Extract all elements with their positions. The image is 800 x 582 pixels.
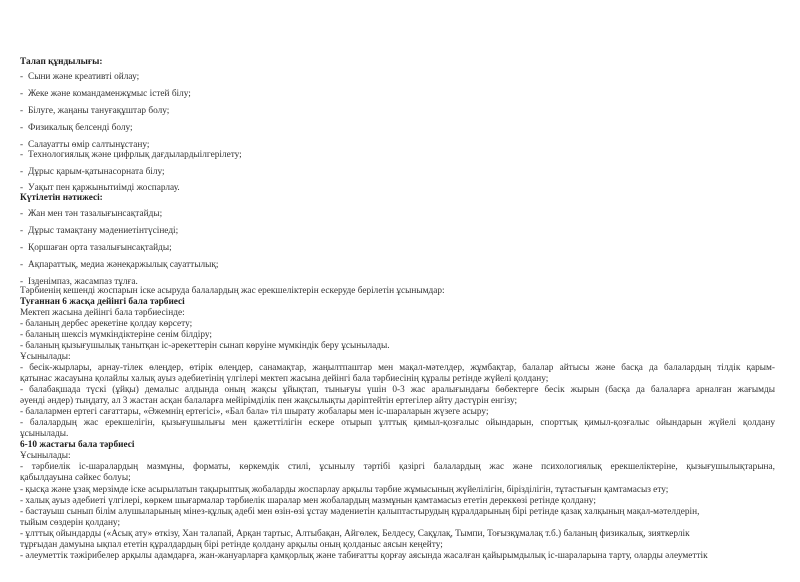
section-title-values: Талап құндылығы: [20,57,103,68]
result-text: Жан мен тән тазалығынсақтайды; [28,209,162,219]
value-item: -Сыни және креативті ойлау; [20,72,139,83]
value-item: -Жеке және командаменжұмыс істей білу; [20,89,191,100]
value-item: -Физикалық белсенді болу; [20,123,133,134]
result-text: Дұрыс тамақтану мәдениетінтүсінеді; [28,226,178,236]
paragraph-line: қабылдауына сәйкес болуы; [20,473,131,484]
section-title-6-10: 6-10 жастағы бала тәрбиесі [20,440,134,451]
value-text: Жеке және командаменжұмыс істей білу; [28,89,191,99]
paragraph-line: - балалармен ертегі сағаттары, «Әжемнің … [20,407,489,418]
paragraph-line: - бастауыш сынып білім алушыларының міне… [20,507,699,518]
result-item: -Дұрыс тамақтану мәдениетінтүсінеді; [20,226,178,237]
result-item: -Қоршаған орта тазалығынсақтайды; [20,243,172,254]
result-text: Ақпараттық, медиа жәнеқаржылық сауаттылы… [28,260,218,270]
paragraph-line: тыйым сөздерін қолдану; [20,518,120,529]
value-text: Сыни және креативті ойлау; [28,72,139,82]
recommend-label: Ұсынылады: [20,451,71,462]
value-item: -Технологиялық және цифрлық дағдылардыіл… [20,150,242,161]
value-text: Уақыт пен қаржынытиімді жоспарлау. [28,183,180,193]
result-item: -Жан мен тән тазалығынсақтайды; [20,209,162,220]
result-text: Қоршаған орта тазалығынсақтайды; [28,243,172,253]
paragraph-line: - халық ауыз әдебиеті үлгілері, көркем ш… [20,496,596,507]
value-item: -Білуге, жаңаны тануғақұштар болу; [20,106,169,117]
paragraph-line: - әлеуметтік тәжірибелер арқылы адамдарғ… [20,551,708,562]
paragraph-line: ұсынылады. [20,429,68,440]
section-subtitle: Мектеп жасына дейінгі бала тәрбиесінде: [20,308,185,319]
value-text: Технологиялық және цифрлық дағдылардыілг… [28,150,242,160]
paragraph-line: қатынас жасауына қолайлы халық ауыз әдеб… [20,374,548,385]
value-text: Физикалық белсенді болу; [28,123,133,133]
paragraph-line: тұрғыдан дамуына ықпал ететін құралдарды… [20,540,443,551]
scanned-document-page: Талап құндылығы: -Сыни және креативті ой… [0,0,800,582]
paragraph-line: - ұлттық ойындарды («Асық ату» өткізу, Х… [20,529,690,540]
value-item: -Дұрыс қарым-қатынасорната білу; [20,167,165,178]
paragraph-line: - бесік-жырлары, арнау-тілек өлеңдер, өт… [20,363,775,374]
section-title-results: Күтілетін нәтижесі: [20,193,103,204]
section-title-0-6: Туғаннан 6 жасқа дейінгі бала тәрбиесі [20,297,185,308]
value-text: Білуге, жаңаны тануғақұштар болу; [28,106,169,116]
list-item: - баланың шексіз мүмкіндіктеріне сенім б… [20,330,212,341]
paragraph-line: - қысқа және ұзақ мерзімде іске асырылат… [20,485,668,496]
paragraph-line: - балабақшада түскі (ұйқы) демалыс алдын… [20,385,775,396]
paragraph-line: әуенді әндер) тыңдату, ал 3 жастан асқан… [20,396,517,407]
paragraph-line: - балалардың жас ерекшелігін, қызығушылы… [20,418,775,429]
recommend-label: Ұсынылады: [20,352,71,363]
paragraph-line: - тәрбиелік іс-шаралардың мазмұны, форма… [20,462,775,473]
intro-text: Тәрбиенің кешенді жоспарын іске асыруда … [20,286,445,297]
value-text: Дұрыс қарым-қатынасорната білу; [28,167,165,177]
result-item: -Ақпараттық, медиа жәнеқаржылық сауаттыл… [20,260,218,271]
value-text: Салауатты өмір салтынұстану; [28,140,149,150]
list-item: - баланың дербес әрекетіне қолдау көрсет… [20,319,192,330]
list-item: - баланың қызығушылық танытқан іс-әрекет… [20,341,390,352]
